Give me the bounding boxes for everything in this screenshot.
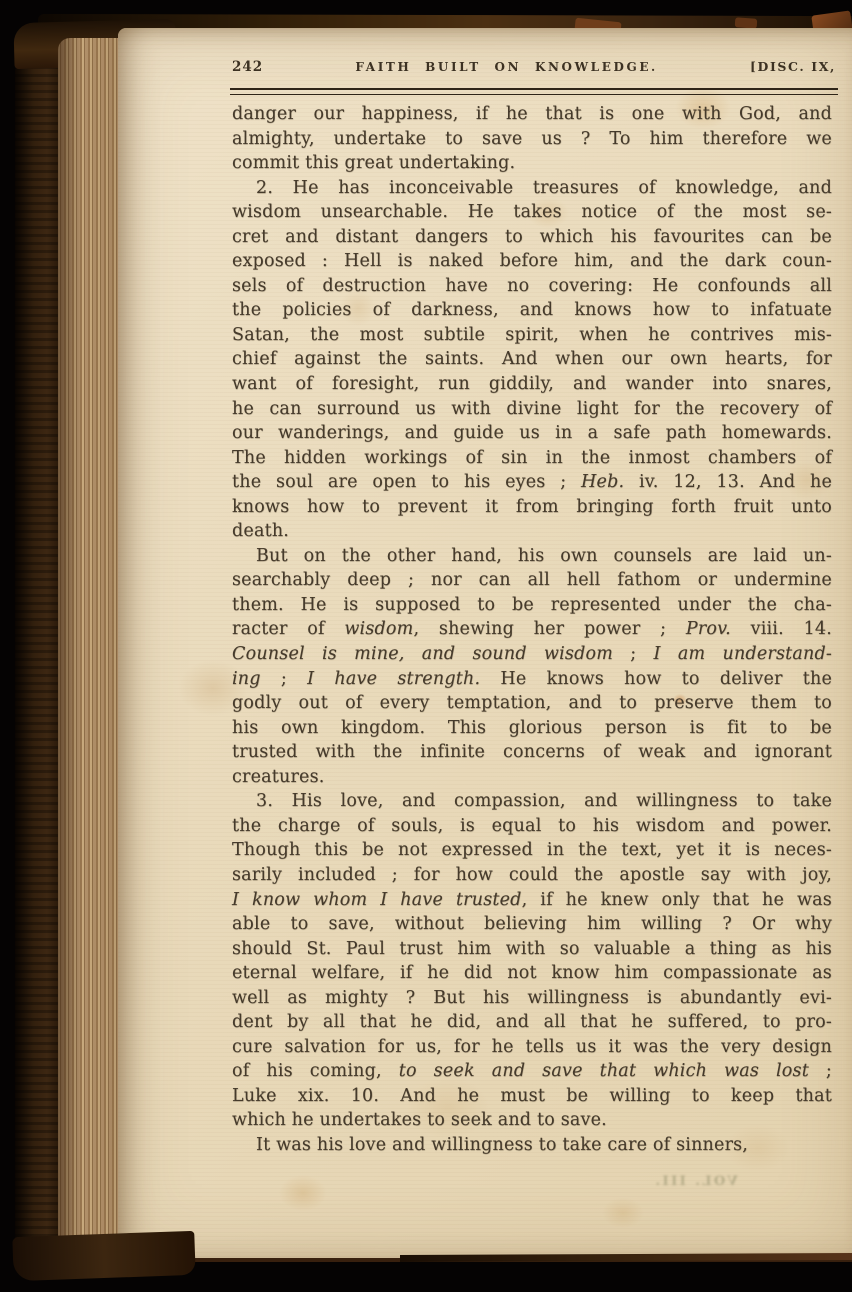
text-line: But on the other hand, his own counsels …: [232, 544, 832, 569]
page-number: 242: [232, 59, 263, 75]
text-line: his own kingdom. This glorious person is…: [232, 716, 832, 741]
page-text: danger our happiness, if he that is one …: [232, 102, 832, 1158]
text-line: able to save, without believing him will…: [232, 912, 832, 937]
text-line: cure salvation for us, for he tells us i…: [232, 1035, 832, 1060]
text-line: the charge of souls, is equal to his wis…: [232, 814, 832, 839]
text-line: danger our happiness, if he that is one …: [232, 102, 832, 127]
text-line: should St. Paul trust him with so valuab…: [232, 937, 832, 962]
text-line: Though this be not expressed in the text…: [232, 838, 832, 863]
text-line: Counsel is mine, and sound wisdom ; I am…: [232, 642, 832, 667]
text-line: searchably deep ; nor can all hell fatho…: [232, 568, 832, 593]
text-line: knows how to prevent it from bringing fo…: [232, 495, 832, 520]
running-title: FAITH BUILT ON KNOWLEDGE.: [263, 60, 750, 74]
show-through-text: VOL. III.: [653, 1174, 738, 1189]
text-line: death.: [232, 519, 832, 544]
text-line: Satan, the most subtile spirit, when he …: [232, 323, 832, 348]
text-line: trusted with the infinite concerns of we…: [232, 740, 832, 765]
text-line: well as mighty ? But his willingness is …: [232, 986, 832, 1011]
text-line: exposed : Hell is naked before him, and …: [232, 249, 832, 274]
photo-background: 242 FAITH BUILT ON KNOWLEDGE. [DISC. IX,…: [0, 0, 852, 1292]
text-line: dent by all that he did, and all that he…: [232, 1010, 832, 1035]
text-line: The hidden workings of sin in the inmost…: [232, 446, 832, 471]
text-line: our wanderings, and guide us in a safe p…: [232, 421, 832, 446]
text-line: creatures.: [232, 765, 832, 790]
book-page: 242 FAITH BUILT ON KNOWLEDGE. [DISC. IX,…: [118, 28, 852, 1262]
text-line: sels of destruction have no covering: He…: [232, 274, 832, 299]
text-line: the policies of darkness, and knows how …: [232, 298, 832, 323]
text-line: wisdom unsearchable. He takes notice of …: [232, 200, 832, 225]
text-line: commit this great undertaking.: [232, 151, 832, 176]
text-line: I know whom I have trusted, if he knew o…: [232, 888, 832, 913]
text-line: It was his love and willingness to take …: [232, 1133, 832, 1158]
text-line: want of foresight, run giddily, and wand…: [232, 372, 832, 397]
cover-corner-bottom-left: [12, 1231, 195, 1281]
text-line: eternal welfare, if he did not know him …: [232, 961, 832, 986]
text-line: of his coming, to seek and save that whi…: [232, 1059, 832, 1084]
text-line: Luke xix. 10. And he must be willing to …: [232, 1084, 832, 1109]
text-line: 3. His love, and compassion, and willing…: [232, 789, 832, 814]
text-line: godly out of every temptation, and to pr…: [232, 691, 832, 716]
text-line: almighty, undertake to save us ? To him …: [232, 127, 832, 152]
text-line: chief against the saints. And when our o…: [232, 347, 832, 372]
text-line: 2. He has inconceivable treasures of kno…: [232, 176, 832, 201]
text-line: sarily included ; for how could the apos…: [232, 863, 832, 888]
text-line: cret and distant dangers to which his fa…: [232, 225, 832, 250]
text-line: ing ; I have strength. He knows how to d…: [232, 667, 832, 692]
text-line: which he undertakes to seek and to save.: [232, 1108, 832, 1133]
text-line: he can surround us with divine light for…: [232, 397, 832, 422]
text-line: racter of wisdom, shewing her power ; Pr…: [232, 617, 832, 642]
text-line: the soul are open to his eyes ; Heb. iv.…: [232, 470, 832, 495]
header-rule: [230, 88, 838, 95]
text-line: them. He is supposed to be represented u…: [232, 593, 832, 618]
page-header: 242 FAITH BUILT ON KNOWLEDGE. [DISC. IX,: [232, 59, 836, 75]
section-reference: [DISC. IX,: [750, 59, 836, 74]
